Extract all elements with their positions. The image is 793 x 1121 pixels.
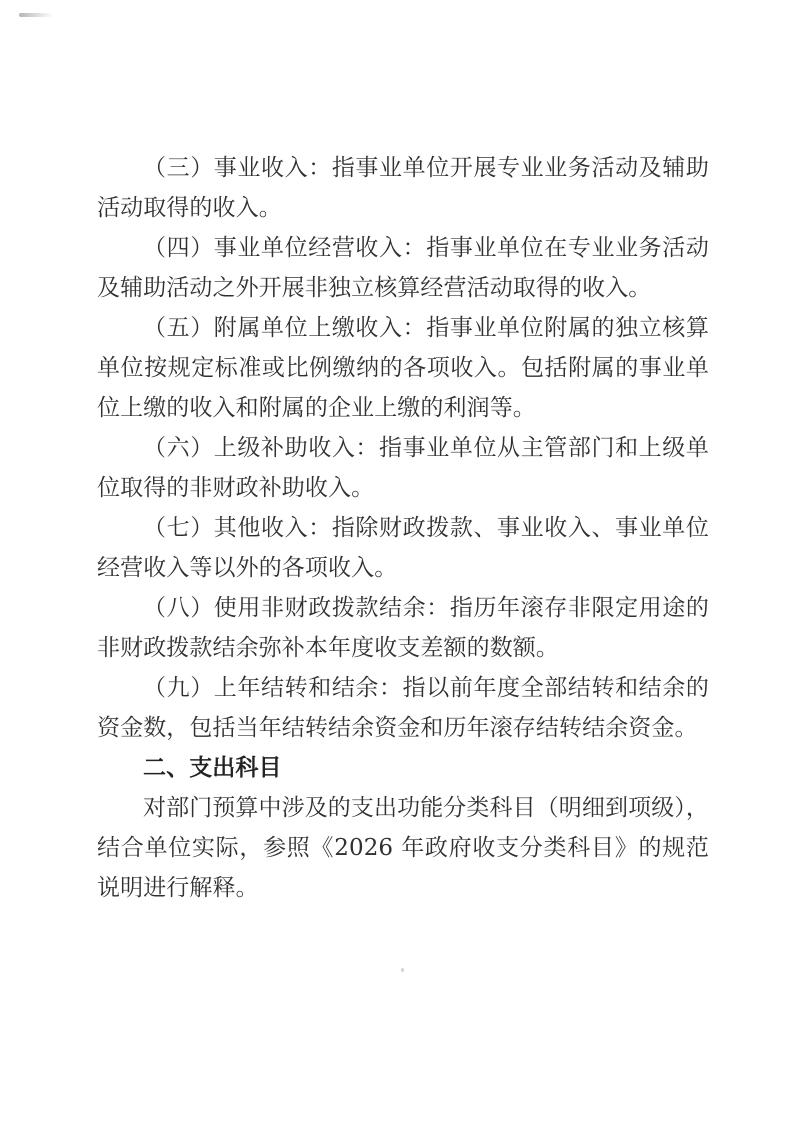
- document-page: （三）事业收入：指事业单位开展专业业务活动及辅助活动取得的收入。 （四）事业单位…: [0, 0, 793, 1121]
- paragraph-item-7: （七）其他收入：指除财政拨款、事业收入、事业单位经营收入等以外的各项收入。: [97, 508, 709, 588]
- paragraph-item-8: （八）使用非财政拨款结余：指历年滚存非限定用途的非财政拨款结余弥补本年度收支差额…: [97, 588, 709, 668]
- paragraph-item-5: （五）附属单位上缴收入：指事业单位附属的独立核算单位按规定标准或比例缴纳的各项收…: [97, 308, 709, 428]
- section-heading-expenditure: 二、支出科目: [97, 748, 709, 788]
- document-body: （三）事业收入：指事业单位开展专业业务活动及辅助活动取得的收入。 （四）事业单位…: [97, 148, 709, 908]
- paragraph-item-4: （四）事业单位经营收入：指事业单位在专业业务活动及辅助活动之外开展非独立核算经营…: [97, 228, 709, 308]
- scan-artifact-smudge: [19, 13, 53, 17]
- paragraph-item-6: （六）上级补助收入：指事业单位从主管部门和上级单位取得的非财政补助收入。: [97, 428, 709, 508]
- paragraph-item-9: （九）上年结转和结余：指以前年度全部结转和结余的资金数，包括当年结转结余资金和历…: [97, 668, 709, 748]
- paragraph-item-3: （三）事业收入：指事业单位开展专业业务活动及辅助活动取得的收入。: [97, 148, 709, 228]
- scan-artifact-dot: [401, 968, 404, 972]
- paragraph-expenditure-note: 对部门预算中涉及的支出功能分类科目（明细到项级），结合单位实际，参照《2026 …: [97, 788, 709, 908]
